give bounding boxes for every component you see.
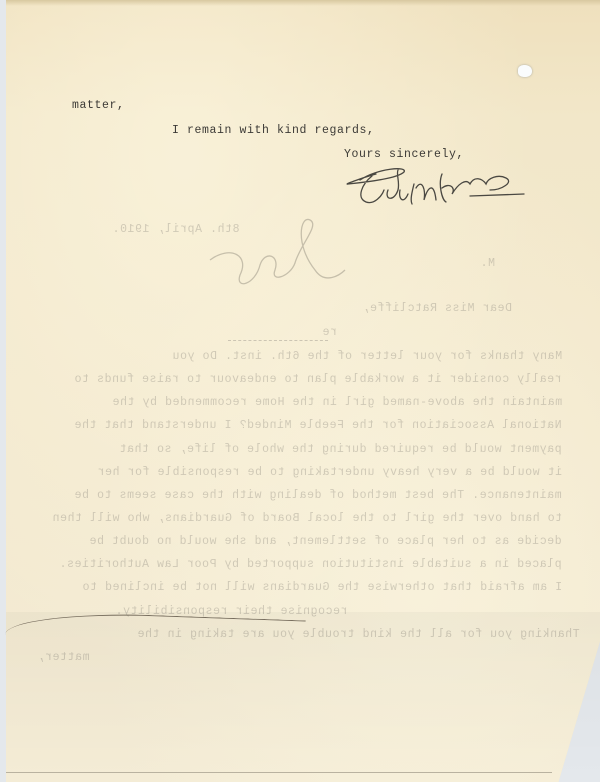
handwritten-signature-icon — [338, 160, 538, 210]
show-through-body-line: maintain the above-named girl in the Hom… — [112, 396, 562, 409]
paper-tear-hole — [518, 65, 532, 77]
show-through-initials-icon — [200, 215, 360, 295]
show-through-body-line: decide as to her place of settlement, an… — [89, 535, 562, 548]
show-through-dash-line — [228, 340, 328, 341]
show-through-salutation: Dear Miss Ratcliffe, — [362, 302, 512, 315]
show-through-body-line: placed in a suitable institution support… — [59, 558, 562, 571]
show-through-re-line: re — [322, 326, 337, 339]
closing-fragment: matter, — [72, 99, 125, 112]
show-through-ref-mark: M. — [480, 257, 495, 270]
valediction: I remain with kind regards, — [172, 124, 375, 137]
paper-top-edge — [6, 0, 600, 6]
show-through-body-line: to hand over the girl to the local Board… — [52, 512, 562, 525]
show-through-body-line: it would be a very heavy undertaking to … — [97, 466, 562, 479]
show-through-body-line: I am afraid that otherwise the Guardians… — [82, 581, 562, 594]
letter-page — [6, 0, 600, 782]
show-through-body-line: really consider it a workable plan to en… — [74, 373, 562, 386]
show-through-body-line: payment would be required during the who… — [119, 443, 562, 456]
paper-bottom-edge — [6, 772, 552, 773]
show-through-body-line: maintenance. The best method of dealing … — [74, 489, 562, 502]
show-through-body-line: National Association for the Feeble Mind… — [74, 419, 562, 432]
show-through-body-line: Many thanks for your letter of the 6th. … — [172, 350, 562, 363]
